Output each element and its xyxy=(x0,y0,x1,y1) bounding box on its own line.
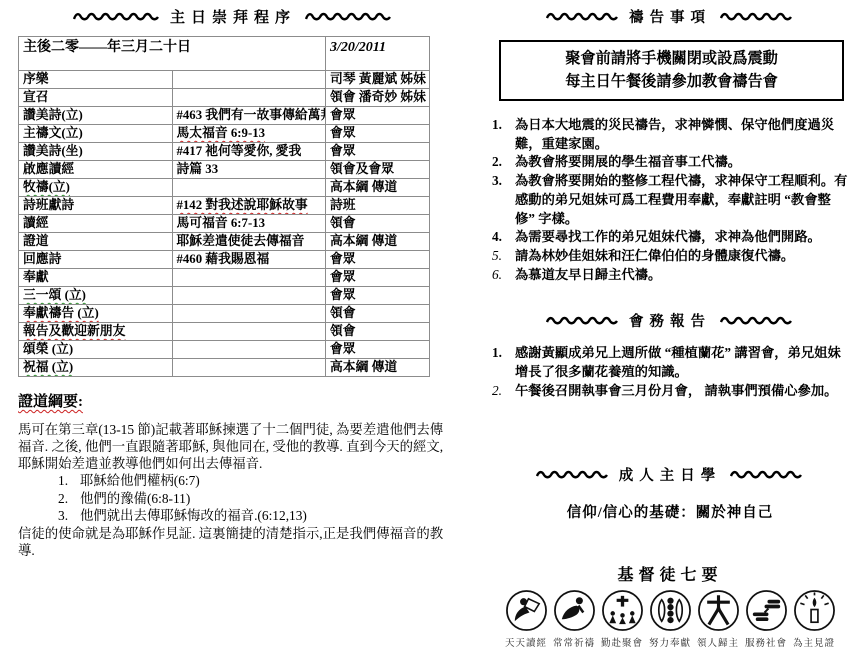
seven-essential-label: 天天讀經 xyxy=(503,635,549,649)
list-item-number: 4. xyxy=(490,228,515,247)
order-who-cell: 領會及會眾 xyxy=(326,161,430,179)
sermon-points-list: 1.耶穌給他們權柄(6:7) 2.他們的豫備(6:8-11) 3.他們就出去傳耶… xyxy=(18,472,448,525)
order-content-cell: 馬太福音 6:9-13 xyxy=(172,125,326,143)
order-content-cell xyxy=(172,341,326,359)
order-content-cell xyxy=(172,359,326,377)
order-item-cell: 序樂 xyxy=(19,71,173,89)
order-item-cell: 宣召 xyxy=(19,89,173,107)
order-who-cell: 詩班 xyxy=(326,197,430,215)
notice-line-1: 聚會前請將手機關閉或設爲震動 xyxy=(503,47,840,70)
order-item-cell: 三一頌 (立) xyxy=(19,287,173,305)
table-row: 詩班獻詩#142 對我述說耶穌故事詩班 xyxy=(19,197,430,215)
order-who-cell: 會眾 xyxy=(326,287,430,305)
ornament-swirl-icon xyxy=(730,470,804,479)
order-item-cell: 讚美詩(立) xyxy=(19,107,173,125)
witness-icon xyxy=(793,589,836,632)
prayer-items-list: 1.為日本大地震的災民禱告，求神憐憫、保守他們度過災難，重建家園。 2.為教會將… xyxy=(490,116,850,284)
order-who-cell: 高本綱 傳道 xyxy=(326,233,430,251)
ornament-swirl-icon xyxy=(305,12,393,21)
worship-order-title: 主日崇拜程序 xyxy=(170,6,296,27)
seven-essential-item: 常常祈禱 xyxy=(551,589,597,649)
offering-icon xyxy=(649,589,692,632)
seven-essential-label: 努力奉獻 xyxy=(647,635,693,649)
list-item: 2.午餐後召開執事會三月份月會， 請執事們預備心參加。 xyxy=(490,382,850,401)
order-content-cell xyxy=(172,179,326,197)
table-row: 牧禱(立)高本綱 傳道 xyxy=(19,179,430,197)
order-content-cell xyxy=(172,323,326,341)
order-item-cell: 回應詩 xyxy=(19,251,173,269)
sermon-outline-heading: 證道綱要: xyxy=(18,390,448,411)
list-item-number: 1. xyxy=(58,472,80,490)
seven-essential-label: 服務社會 xyxy=(743,635,789,649)
list-item-text: 為日本大地震的災民禱告，求神憐憫、保守他們度過災難，重建家園。 xyxy=(515,116,850,153)
seven-essentials-title: 基督徒七要 xyxy=(490,562,850,585)
list-item-text: 為教會將要開展的學生福音事工代禱。 xyxy=(515,153,850,172)
table-row: 奉獻會眾 xyxy=(19,269,430,287)
seven-essential-item: 勤赴聚會 xyxy=(599,589,645,649)
prayer-items-title-row: 禱告事項 xyxy=(490,6,850,27)
list-item-number: 5. xyxy=(490,247,515,266)
table-row: 啟應讀經詩篇 33領會及會眾 xyxy=(19,161,430,179)
table-row: 祝福 (立)高本綱 傳道 xyxy=(19,359,430,377)
order-who-cell: 會眾 xyxy=(326,341,430,359)
order-item-cell: 詩班獻詩 xyxy=(19,197,173,215)
order-item-cell: 奉獻禱告 (立) xyxy=(19,305,173,323)
list-item-number: 6. xyxy=(490,266,515,285)
lead-to-christ-icon xyxy=(697,589,740,632)
order-who-cell: 會眾 xyxy=(326,125,430,143)
order-item-cell: 讚美詩(坐) xyxy=(19,143,173,161)
ornament-swirl-icon xyxy=(546,316,620,325)
table-row: 報告及歡迎新朋友領會 xyxy=(19,323,430,341)
list-item-text: 感謝黃顯成弟兄上週所做 “種植蘭花” 講習會，弟兄姐妹增長了很多蘭花養殖的知識。 xyxy=(515,344,850,381)
notice-line-2: 每主日午餐後請參加教會禱告會 xyxy=(503,70,840,93)
order-item-cell: 牧禱(立) xyxy=(19,179,173,197)
bulletin-page: 主日崇拜程序 主後二零——年三月二十日 3/20/2011 序樂司琴 黃麗斌 姊… xyxy=(0,0,856,660)
ornament-swirl-icon xyxy=(546,12,620,21)
order-item-cell: 讀經 xyxy=(19,215,173,233)
pray-icon xyxy=(553,589,596,632)
list-item-text: 他們就出去傳耶穌悔改的福音.(6:12,13) xyxy=(80,507,448,525)
order-content-cell xyxy=(172,89,326,107)
list-item-text: 為需要尋找工作的弟兄姐妹代禱，求神為他們開路。 xyxy=(515,228,850,247)
list-item: 3.他們就出去傳耶穌悔改的福音.(6:12,13) xyxy=(18,507,448,525)
list-item-text: 請為林妙佳姐妹和汪仁偉伯伯的身體康復代禱。 xyxy=(515,247,850,266)
order-content-cell xyxy=(172,71,326,89)
order-who-cell: 領會 xyxy=(326,305,430,323)
sermon-closing-paragraph: 信徒的使命就是為耶穌作見証. 這裏簡捷的清楚指示,正是我們傳福音的教導. xyxy=(18,525,448,559)
order-item-cell: 祝福 (立) xyxy=(19,359,173,377)
ornament-swirl-icon xyxy=(536,470,610,479)
list-item-text: 他們的豫備(6:8-11) xyxy=(80,490,448,508)
order-who-cell: 會眾 xyxy=(326,143,430,161)
list-item: 4.為需要尋找工作的弟兄姐妹代禱，求神為他們開路。 xyxy=(490,228,850,247)
table-row: 奉獻禱告 (立)領會 xyxy=(19,305,430,323)
list-item-number: 2. xyxy=(58,490,80,508)
date-numeric-cell: 3/20/2011 xyxy=(326,37,430,71)
read-bible-icon xyxy=(505,589,548,632)
list-item: 5.請為林妙佳姐妹和汪仁偉伯伯的身體康復代禱。 xyxy=(490,247,850,266)
church-affairs-list: 1.感謝黃顯成弟兄上週所做 “種植蘭花” 講習會，弟兄姐妹增長了很多蘭花養殖的知… xyxy=(490,344,850,400)
order-item-cell: 頌榮 (立) xyxy=(19,341,173,359)
worship-order-table: 主後二零——年三月二十日 3/20/2011 序樂司琴 黃麗斌 姊妹 宣召領會 … xyxy=(18,36,430,377)
list-item-number: 2. xyxy=(490,153,515,172)
table-row: 回應詩#460 藉我賜恩福會眾 xyxy=(19,251,430,269)
seven-essential-item: 為主見證 xyxy=(791,589,837,649)
order-item-cell: 證道 xyxy=(19,233,173,251)
order-item-cell: 報告及歡迎新朋友 xyxy=(19,323,173,341)
church-affairs-title-row: 會務報告 xyxy=(490,310,850,331)
table-row: 宣召領會 潘奇妙 姊妹 xyxy=(19,89,430,107)
worship-order-section: 主日崇拜程序 主後二零——年三月二十日 3/20/2011 序樂司琴 黃麗斌 姊… xyxy=(18,6,448,559)
list-item-number: 2. xyxy=(490,382,515,401)
order-who-cell: 司琴 黃麗斌 姊妹 xyxy=(326,71,430,89)
list-item: 2.他們的豫備(6:8-11) xyxy=(18,490,448,508)
list-item-text: 為教會將要開始的整修工程代禱，求神保守工程順利。有感動的弟兄姐妹可爲工程費用奉獻… xyxy=(515,172,850,228)
order-who-cell: 領會 潘奇妙 姊妹 xyxy=(326,89,430,107)
seven-essential-label: 為主見證 xyxy=(791,635,837,649)
table-row: 序樂司琴 黃麗斌 姊妹 xyxy=(19,71,430,89)
list-item-number: 1. xyxy=(490,116,515,153)
order-content-cell xyxy=(172,269,326,287)
seven-essential-item: 天天讀經 xyxy=(503,589,549,649)
seven-essentials-icons-row: 天天讀經 常常祈禱 xyxy=(490,589,850,649)
sunday-school-title-row: 成人主日學 xyxy=(490,464,850,485)
sermon-outline-heading-text: 證道綱要: xyxy=(18,394,83,410)
attend-meetings-icon xyxy=(601,589,644,632)
list-item: 3.為教會將要開始的整修工程代禱，求神保守工程順利。有感動的弟兄姐妹可爲工程費用… xyxy=(490,172,850,228)
order-who-cell: 高本綱 傳道 xyxy=(326,359,430,377)
list-item-number: 3. xyxy=(58,507,80,525)
ornament-swirl-icon xyxy=(73,12,161,21)
list-item-text: 為慕道友早日歸主代禱。 xyxy=(515,266,850,285)
order-content-cell: #142 對我述說耶穌故事 xyxy=(172,197,326,215)
order-item-cell: 主禱文(立) xyxy=(19,125,173,143)
list-item-text: 午餐後召開執事會三月份月會， 請執事們預備心參加。 xyxy=(515,382,850,401)
table-row: 主後二零——年三月二十日 3/20/2011 xyxy=(19,37,430,71)
seven-essential-item: 努力奉獻 xyxy=(647,589,693,649)
order-who-cell: 領會 xyxy=(326,215,430,233)
order-item-cell: 啟應讀經 xyxy=(19,161,173,179)
list-item: 2.為教會將要開展的學生福音事工代禱。 xyxy=(490,153,850,172)
sunday-school-title: 成人主日學 xyxy=(619,464,722,485)
list-item-text: 耶穌給他們權柄(6:7) xyxy=(80,472,448,490)
sunday-school-topic: 信仰/信心的基礎：關於神自己 xyxy=(490,501,850,522)
serve-society-icon xyxy=(745,589,788,632)
table-row: 三一頌 (立)會眾 xyxy=(19,287,430,305)
order-item-cell: 奉獻 xyxy=(19,269,173,287)
order-content-cell: #417 祂何等愛你, 愛我 xyxy=(172,143,326,161)
order-content-cell xyxy=(172,305,326,323)
seven-essential-label: 勤赴聚會 xyxy=(599,635,645,649)
seven-essential-label: 常常祈禱 xyxy=(551,635,597,649)
list-item-number: 3. xyxy=(490,172,515,228)
order-who-cell: 會眾 xyxy=(326,251,430,269)
order-content-cell: #460 藉我賜恩福 xyxy=(172,251,326,269)
list-item: 6.為慕道友早日歸主代禱。 xyxy=(490,266,850,285)
announcements-section: 禱告事項 聚會前請將手機關閉或設爲震動 每主日午餐後請參加教會禱告會 1.為日本… xyxy=(490,6,850,649)
order-who-cell: 會眾 xyxy=(326,269,430,287)
seven-essential-label: 領人歸主 xyxy=(695,635,741,649)
order-who-cell: 會眾 xyxy=(326,107,430,125)
list-item-number: 1. xyxy=(490,344,515,381)
order-who-cell: 高本綱 傳道 xyxy=(326,179,430,197)
ornament-swirl-icon xyxy=(720,316,794,325)
seven-essential-item: 領人歸主 xyxy=(695,589,741,649)
order-content-cell: 詩篇 33 xyxy=(172,161,326,179)
list-item: 1.感謝黃顯成弟兄上週所做 “種植蘭花” 講習會，弟兄姐妹增長了很多蘭花養殖的知… xyxy=(490,344,850,381)
table-row: 證道耶穌差遣使徒去傳福音高本綱 傳道 xyxy=(19,233,430,251)
table-row: 讚美詩(立)#463 我們有一故事傳給萬邦會眾 xyxy=(19,107,430,125)
notice-box: 聚會前請將手機關閉或設爲震動 每主日午餐後請參加教會禱告會 xyxy=(499,40,844,101)
order-who-cell: 領會 xyxy=(326,323,430,341)
order-content-cell: 馬可福音 6:7-13 xyxy=(172,215,326,233)
list-item: 1.為日本大地震的災民禱告，求神憐憫、保守他們度過災難，重建家園。 xyxy=(490,116,850,153)
order-content-cell xyxy=(172,287,326,305)
sermon-intro-paragraph: 馬可在第三章(13-15 節)記載著耶穌揀選了十二個門徒, 為要差遣他們去傳福音… xyxy=(18,421,448,472)
table-row: 讚美詩(坐)#417 祂何等愛你, 愛我會眾 xyxy=(19,143,430,161)
table-row: 頌榮 (立)會眾 xyxy=(19,341,430,359)
table-row: 主禱文(立)馬太福音 6:9-13會眾 xyxy=(19,125,430,143)
prayer-items-title: 禱告事項 xyxy=(629,6,711,27)
order-content-cell: 耶穌差遣使徒去傳福音 xyxy=(172,233,326,251)
date-chinese-cell: 主後二零——年三月二十日 xyxy=(19,37,326,71)
order-content-cell: #463 我們有一故事傳給萬邦 xyxy=(172,107,326,125)
table-row: 讀經馬可福音 6:7-13領會 xyxy=(19,215,430,233)
worship-order-title-row: 主日崇拜程序 xyxy=(18,6,448,27)
ornament-swirl-icon xyxy=(720,12,794,21)
list-item: 1.耶穌給他們權柄(6:7) xyxy=(18,472,448,490)
seven-essential-item: 服務社會 xyxy=(743,589,789,649)
church-affairs-title: 會務報告 xyxy=(629,310,711,331)
